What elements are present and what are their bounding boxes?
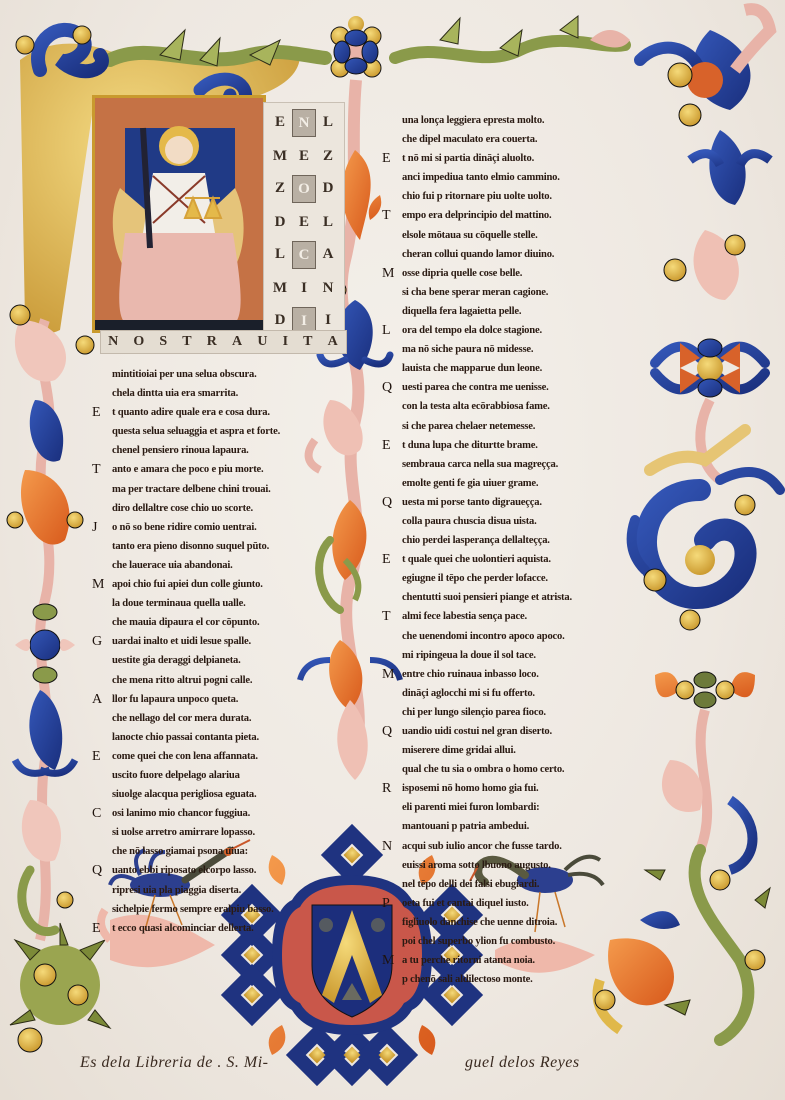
tercet-initial: G — [92, 632, 102, 651]
verse-line: Et nō mi si partia dināçi aluolto. — [402, 149, 632, 168]
verse-text: mi ripingeua la doue il sol tace. — [402, 650, 536, 661]
verse-line: sembraua carca nella sua magreçça. — [402, 455, 632, 474]
verse-text: si che parea chelaer netemesse. — [402, 421, 535, 432]
verse-text: siuolge alacqua perigliosa eguata. — [112, 789, 256, 800]
incipit-letter: L — [316, 109, 340, 135]
verse-line: Et quanto adire quale era e cosa dura. — [112, 403, 332, 422]
verse-line: uscito fuore delpelago alariua — [112, 766, 332, 785]
verse-line: si uolse arretro amirrare lopasso. — [112, 823, 332, 842]
verse-line: ma nō siche paura nō midesse. — [402, 340, 632, 359]
verse-text: si cha bene sperar meran cagione. — [402, 287, 548, 298]
verse-text: nel tēpo delli dei falsi ebugiardi. — [402, 879, 539, 890]
verse-line: lauista che mapparue dun leone. — [402, 359, 632, 378]
incipit-box: E N L M E Z Z O D D E L L C A M I N D I … — [263, 102, 345, 332]
verse-text: anto e amara che poco e piu morte. — [112, 464, 264, 475]
tercet-initial: C — [92, 804, 101, 823]
verse-text: che nō lasso giamai psona uiua: — [112, 846, 248, 857]
verse-text: osi lanimo mio chancor fuggiua. — [112, 808, 250, 819]
incipit-letter: Z — [316, 143, 340, 169]
verse-line: che mauia dipaura el cor cōpunto. — [112, 613, 332, 632]
tercet-initial: N — [382, 837, 392, 856]
incipit-letter: N — [316, 275, 340, 301]
inscription-part-2: guel delos Reyes — [465, 1054, 580, 1072]
verse-text: che nellago del cor mera durata. — [112, 713, 251, 724]
verse-text: lanocte chio passai contanta pieta. — [112, 732, 259, 743]
verse-line: nel tēpo delli dei falsi ebugiardi. — [402, 875, 632, 894]
verse-text: chio fui p ritornare piu uolte uolto. — [402, 191, 552, 202]
right-border — [632, 9, 780, 1040]
verse-line: diquella fera lagaietta pelle. — [402, 302, 632, 321]
verse-line: Quandio uidi costui nel gran diserto. — [402, 722, 632, 741]
verse-text: figliuolo danchise che uenne ditroia. — [402, 917, 557, 928]
verse-text: che uenendomi incontro apoco apoco. — [402, 631, 565, 642]
verse-line: Ecome quei che con lena affannata. — [112, 747, 332, 766]
verse-text: tanto era pieno disonno suquel pūto. — [112, 541, 269, 552]
tercet-initial: E — [382, 436, 390, 455]
inscription-part-1: Es dela Libreria de . S. Mi- — [80, 1054, 269, 1072]
verse-text: mintitioiai per una selua obscura. — [112, 369, 257, 380]
verse-text: chenel pensiero rinoua lapaura. — [112, 445, 249, 456]
verse-text: isposemi nō homo homo gia fui. — [402, 783, 538, 794]
tercet-initial: M — [382, 665, 394, 684]
verse-line: una lonça leggiera epresta molto. — [402, 111, 632, 130]
verse-line: si che parea chelaer netemesse. — [402, 417, 632, 436]
verse-text: uesti parea che contra me uenisse. — [402, 382, 549, 393]
tercet-initial: M — [382, 264, 394, 283]
verse-line: Mosse dipria quelle cose belle. — [402, 264, 632, 283]
incipit-letter: L — [316, 209, 340, 235]
verse-text: t quanto adire quale era e cosa dura. — [112, 407, 270, 418]
verse-line: sichelpie fermo sempre eralpiu basso. — [112, 900, 332, 919]
band-letter: T — [303, 334, 313, 350]
verse-text: miserere dime gridai allui. — [402, 745, 516, 756]
tercet-initial: A — [92, 690, 102, 709]
verse-line: Jo nō so bene ridire comio uentrai. — [112, 518, 332, 537]
tercet-initial: Q — [92, 861, 102, 880]
verse-text: t nō mi si partia dināçi aluolto. — [402, 153, 534, 164]
verse-text: che mauia dipaura el cor cōpunto. — [112, 617, 259, 628]
verse-line: elsole mōtaua su cōquelle stelle. — [402, 226, 632, 245]
verse-line: Et ecco quasi alcominciar dellerta. — [112, 919, 332, 938]
verse-text: chela dintta uia era smarrita. — [112, 388, 238, 399]
verse-text: con la testa alta ecōrabbiosa fame. — [402, 401, 550, 412]
left-text-column: mintitioiai per una selua obscura.chela … — [112, 365, 332, 938]
band-letter: U — [257, 334, 268, 350]
verse-line: chio perdei lasperança dellalteçça. — [402, 531, 632, 550]
bottom-left-acanthus — [10, 923, 110, 1052]
incipit-letter: A — [316, 241, 340, 267]
verse-line: qual che tu sia o ombra o homo certo. — [402, 760, 632, 779]
incipit-letter: D — [316, 175, 340, 201]
verse-text: entre chio ruinaua inbasso loco. — [402, 669, 539, 680]
verse-line: mi ripingeua la doue il sol tace. — [402, 646, 632, 665]
verse-line: chentutti suoi pensieri piange et atrist… — [402, 588, 632, 607]
tercet-initial: M — [92, 575, 104, 594]
tercet-initial: T — [382, 206, 390, 225]
verse-line: Guardai inalto et uidi lesue spalle. — [112, 632, 332, 651]
verse-text: a tu perche ritorni atanta noia. — [402, 955, 535, 966]
verse-line: mintitioiai per una selua obscura. — [112, 365, 332, 384]
verse-line: chi per lungo silençio parea fioco. — [402, 703, 632, 722]
verse-text: uandio uidi costui nel gran diserto. — [402, 726, 552, 737]
verse-text: t ecco quasi alcominciar dellerta. — [112, 923, 254, 934]
verse-line: che mena ritto altrui pogni calle. — [112, 671, 332, 690]
verse-line: mantouani p patria ambedui. — [402, 817, 632, 836]
verse-line: chenel pensiero rinoua lapaura. — [112, 441, 332, 460]
verse-text: ma nō siche paura nō midesse. — [402, 344, 533, 355]
verse-line: questa selua seluaggia et aspra et forte… — [112, 422, 332, 441]
tercet-initial: J — [92, 518, 97, 537]
verse-line: che nō lasso giamai psona uiua: — [112, 842, 332, 861]
verse-text: uscito fuore delpelago alariua — [112, 770, 240, 781]
verse-text: uanto ebbi riposato elcorpo lasso. — [112, 865, 256, 876]
tercet-initial: E — [382, 550, 390, 569]
verse-line: miserere dime gridai allui. — [402, 741, 632, 760]
band-letter: A — [232, 334, 243, 350]
verse-line: ma per tractare delbene chini trouai. — [112, 480, 332, 499]
incipit-letter: E — [292, 209, 316, 235]
verse-line: la doue terminaua quella ualle. — [112, 594, 332, 613]
verse-line: Lora del tempo ela dolce stagione. — [402, 321, 632, 340]
incipit-letter: L — [268, 241, 292, 267]
band-letter: O — [133, 334, 145, 350]
verse-line: uestite gia deraggi delpianeta. — [112, 651, 332, 670]
verse-text: lauista che mapparue dun leone. — [402, 363, 542, 374]
tercet-initial: E — [92, 919, 100, 938]
incipit-letter: C — [292, 241, 316, 269]
verse-line: cheran collui quando lamor diuino. — [402, 245, 632, 264]
verse-text: chi per lungo silençio parea fioco. — [402, 707, 546, 718]
verse-line: Allor fu lapaura unpoco queta. — [112, 690, 332, 709]
verse-text: diro dellaltre cose chio uo scorte. — [112, 503, 253, 514]
verse-text: t quale quei che uolontieri aquista. — [402, 554, 551, 565]
tercet-initial: Q — [382, 493, 392, 512]
verse-line: colla paura chuscia disua uista. — [402, 512, 632, 531]
incipit-letter: Z — [268, 175, 292, 201]
verse-text: empo era delprincipio del mattino. — [402, 210, 551, 221]
verse-line: che uenendomi incontro apoco apoco. — [402, 627, 632, 646]
verse-text: llor fu lapaura unpoco queta. — [112, 694, 238, 705]
verse-line: Risposemi nō homo homo gia fui. — [402, 779, 632, 798]
verse-text: p chenō sali aldilectoso monte. — [402, 974, 533, 985]
top-quatrefoil — [331, 16, 381, 77]
verse-text: chentutti suoi pensieri piange et atrist… — [402, 592, 572, 603]
verse-line: Tempo era delprincipio del mattino. — [402, 206, 632, 225]
verse-text: osse dipria quelle cose belle. — [402, 268, 522, 279]
verse-line: figliuolo danchise che uenne ditroia. — [402, 913, 632, 932]
tercet-initial: P — [382, 894, 390, 913]
verse-text: sembraua carca nella sua magreçça. — [402, 459, 558, 470]
nostra-vita-band: N O S T R A U I T A — [100, 330, 347, 354]
tercet-initial: T — [382, 607, 390, 626]
verse-line: dināçi aglocchi mi si fu offerto. — [402, 684, 632, 703]
band-letter: I — [283, 334, 289, 350]
verse-line: eli parenti miei furon lombardi: — [402, 798, 632, 817]
manuscript-page: E N L M E Z Z O D D E L L C A M I N D I … — [0, 0, 785, 1100]
verse-text: emolte genti fe gia uiuer grame. — [402, 478, 538, 489]
band-letter: R — [207, 334, 218, 350]
tercet-initial: Q — [382, 378, 392, 397]
verse-text: eli parenti miei furon lombardi: — [402, 802, 539, 813]
tercet-initial: L — [382, 321, 390, 340]
verse-text: egiugne il tēpo che perder lofacce. — [402, 573, 548, 584]
incipit-letter: O — [292, 175, 316, 203]
verse-line: Cosi lanimo mio chancor fuggiua. — [112, 804, 332, 823]
verse-line: p chenō sali aldilectoso monte. — [402, 970, 632, 989]
verse-text: dināçi aglocchi mi si fu offerto. — [402, 688, 535, 699]
verse-text: che dipel maculato era couerta. — [402, 134, 537, 145]
verse-text: elsole mōtaua su cōquelle stelle. — [402, 230, 538, 241]
tercet-initial: Q — [382, 722, 392, 741]
verse-line: chio fui p ritornare piu uolte uolto. — [402, 187, 632, 206]
tercet-initial: E — [382, 149, 390, 168]
verse-line: Et quale quei che uolontieri aquista. — [402, 550, 632, 569]
verse-line: chela dintta uia era smarrita. — [112, 384, 332, 403]
verse-text: oeta fui et cantai diquel iusto. — [402, 898, 529, 909]
historiated-initial — [92, 95, 266, 333]
incipit-letter: E — [292, 143, 316, 169]
verse-text: diquella fera lagaietta pelle. — [402, 306, 521, 317]
verse-text: colla paura chuscia disua uista. — [402, 516, 537, 527]
verse-text: si uolse arretro amirrare lopasso. — [112, 827, 255, 838]
verse-line: Mapoi chio fui apiei dun colle giunto. — [112, 575, 332, 594]
incipit-letter: I — [292, 275, 316, 301]
verse-line: Ma tu perche ritorni atanta noia. — [402, 951, 632, 970]
verse-line: che dipel maculato era couerta. — [402, 130, 632, 149]
verse-text: uesta mi porse tanto digraueçça. — [402, 497, 542, 508]
verse-text: poi chel superbo ylion fu combusto. — [402, 936, 555, 947]
verse-line: che lauerace uia abandonai. — [112, 556, 332, 575]
tercet-initial: R — [382, 779, 391, 798]
verse-text: una lonça leggiera epresta molto. — [402, 115, 544, 126]
verse-text: la doue terminaua quella ualle. — [112, 598, 246, 609]
verse-line: Et duna lupa che diturtte brame. — [402, 436, 632, 455]
verse-line: Talmi fece labestia sença pace. — [402, 607, 632, 626]
verse-text: che mena ritto altrui pogni calle. — [112, 675, 252, 686]
verse-line: Questi parea che contra me uenisse. — [402, 378, 632, 397]
tercet-initial: T — [92, 460, 100, 479]
verse-line: poi chel superbo ylion fu combusto. — [402, 932, 632, 951]
verse-line: Nacqui sub iulio ancor che fusse tardo. — [402, 837, 632, 856]
incipit-letter: M — [268, 143, 292, 169]
verse-text: questa selua seluaggia et aspra et forte… — [112, 426, 280, 437]
verse-line: che nellago del cor mera durata. — [112, 709, 332, 728]
verse-text: ora del tempo ela dolce stagione. — [402, 325, 542, 336]
band-letter: S — [159, 334, 168, 350]
verse-line: Quanto ebbi riposato elcorpo lasso. — [112, 861, 332, 880]
band-letter: N — [108, 334, 119, 350]
tercet-initial: E — [92, 747, 100, 766]
incipit-letter: N — [292, 109, 316, 137]
incipit-letter: M — [268, 275, 292, 301]
verse-line: con la testa alta ecōrabbiosa fame. — [402, 397, 632, 416]
verse-text: ma per tractare delbene chini trouai. — [112, 484, 271, 495]
verse-line: tanto era pieno disonno suquel pūto. — [112, 537, 332, 556]
verse-line: ripresi uia pla piaggia diserta. — [112, 881, 332, 900]
verse-text: uestite gia deraggi delpianeta. — [112, 655, 241, 666]
right-text-column: una lonça leggiera epresta molto.che dip… — [402, 111, 632, 989]
verse-line: euissi aroma sotto lbuono augusto. — [402, 856, 632, 875]
verse-text: uardai inalto et uidi lesue spalle. — [112, 636, 251, 647]
verse-line: Mentre chio ruinaua inbasso loco. — [402, 665, 632, 684]
verse-line: Poeta fui et cantai diquel iusto. — [402, 894, 632, 913]
verse-text: che lauerace uia abandonai. — [112, 560, 233, 571]
tercet-initial: E — [92, 403, 100, 422]
verse-text: qual che tu sia o ombra o homo certo. — [402, 764, 564, 775]
verse-text: t duna lupa che diturtte brame. — [402, 440, 538, 451]
verse-text: mantouani p patria ambedui. — [402, 821, 529, 832]
verse-line: lanocte chio passai contanta pieta. — [112, 728, 332, 747]
verse-line: siuolge alacqua perigliosa eguata. — [112, 785, 332, 804]
verse-text: sichelpie fermo sempre eralpiu basso. — [112, 904, 274, 915]
verse-line: egiugne il tēpo che perder lofacce. — [402, 569, 632, 588]
verse-text: o nō so bene ridire comio uentrai. — [112, 522, 257, 533]
verse-line: anci impediua tanto elmio cammino. — [402, 168, 632, 187]
verse-text: apoi chio fui apiei dun colle giunto. — [112, 579, 263, 590]
verse-line: diro dellaltre cose chio uo scorte. — [112, 499, 332, 518]
band-letter: A — [328, 334, 339, 350]
verse-line: emolte genti fe gia uiuer grame. — [402, 474, 632, 493]
verse-text: almi fece labestia sença pace. — [402, 611, 527, 622]
verse-line: Questa mi porse tanto digraueçça. — [402, 493, 632, 512]
verse-line: Tanto e amara che poco e piu morte. — [112, 460, 332, 479]
incipit-letter: D — [268, 209, 292, 235]
verse-text: chio perdei lasperança dellalteçça. — [402, 535, 550, 546]
verse-text: come quei che con lena affannata. — [112, 751, 258, 762]
verse-text: cheran collui quando lamor diuino. — [402, 249, 554, 260]
tercet-initial: M — [382, 951, 394, 970]
verse-line: si cha bene sperar meran cagione. — [402, 283, 632, 302]
angel-miniature — [95, 98, 263, 330]
band-letter: T — [182, 334, 192, 350]
verse-text: acqui sub iulio ancor che fusse tardo. — [402, 841, 562, 852]
verse-text: ripresi uia pla piaggia diserta. — [112, 885, 241, 896]
incipit-letter: E — [268, 109, 292, 135]
verse-text: euissi aroma sotto lbuono augusto. — [402, 860, 551, 871]
verse-text: anci impediua tanto elmio cammino. — [402, 172, 560, 183]
